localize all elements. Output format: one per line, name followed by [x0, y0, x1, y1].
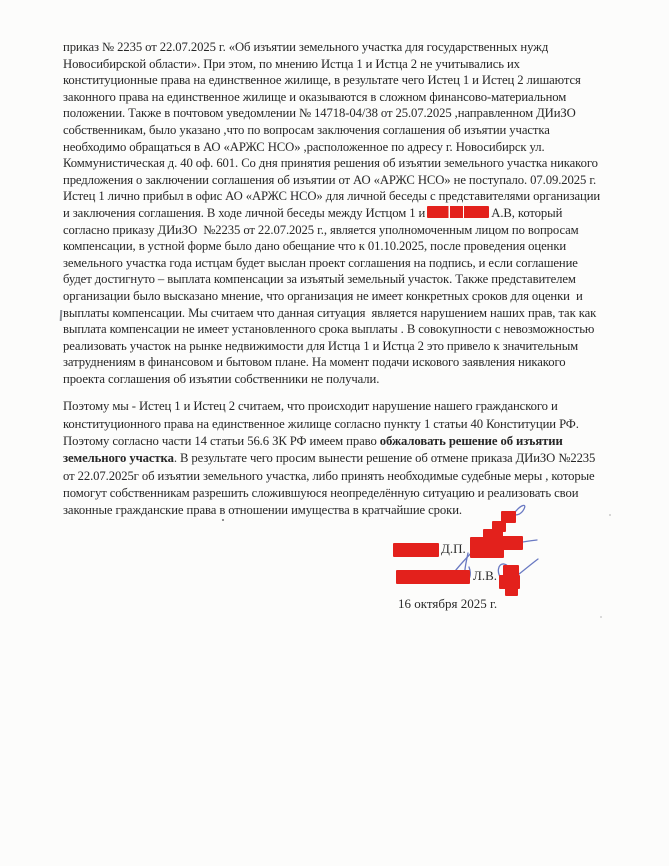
text-segment: организации было высказано мнение, что о…: [63, 289, 583, 303]
text-line: земельного участка года истцам будет выс…: [63, 255, 625, 272]
text-line: Коммунистическая д. 40 оф. 601. Со дня п…: [63, 155, 625, 172]
text-line: компенсации, в устной форме было дано об…: [63, 238, 625, 255]
text-line: согласно приказу ДИиЗО №2235 от 22.07.20…: [63, 222, 625, 239]
text-line: необходимо обращаться в АО «АРЖС НСО» ,р…: [63, 139, 625, 156]
text-segment: Новосибирской области». При этом, по мне…: [63, 57, 520, 71]
signature-redaction: [499, 575, 520, 589]
bold-text-segment: обжаловать решение об изъятии: [380, 434, 563, 448]
text-segment: конституционные права на единственное жи…: [63, 73, 581, 87]
text-line: земельного участка. В результате чего пр…: [63, 450, 625, 467]
text-line: собственникам, было указано ,что по вопр…: [63, 122, 625, 139]
text-segment: предложения о заключении соглашения об и…: [63, 173, 596, 187]
text-segment: приказ № 2235 от 22.07.2025 г. «Об изъят…: [63, 40, 548, 54]
text-line: затруднениям в финансовом и бытовом план…: [63, 354, 625, 371]
text-line: будет достигнуто – выплата компенсации з…: [63, 271, 625, 288]
name-redaction-bar: [393, 543, 439, 557]
text-segment: Поэтому мы - Истец 1 и Истец 2 считаем, …: [63, 399, 558, 413]
signature-date: 16 октября 2025 г.: [398, 596, 497, 612]
text-line: и заключения соглашения. В ходе личной б…: [63, 205, 625, 222]
text-segment: от 22.07.2025г об изъятии земельного уча…: [63, 469, 595, 483]
text-segment: выплаты компенсации. Мы считаем что данн…: [63, 306, 596, 320]
signature-redaction: [470, 537, 504, 558]
text-segment: согласно приказу ДИиЗО №2235 от 22.07.20…: [63, 223, 579, 237]
text-line: организации было высказано мнение, что о…: [63, 288, 625, 305]
signature-block: Д.П. Л.В. 16 октября 2025 г.: [380, 495, 669, 640]
text-segment: А.В, который: [491, 206, 562, 220]
text-segment: собственникам, было указано ,что по вопр…: [63, 123, 550, 137]
body-paragraph-1: приказ № 2235 от 22.07.2025 г. «Об изъят…: [63, 39, 625, 387]
text-segment: и заключения соглашения. В ходе личной б…: [63, 206, 425, 220]
scan-artifact: [609, 514, 611, 516]
text-segment: будет достигнуто – выплата компенсации з…: [63, 272, 576, 286]
text-segment: земельного участка года истцам будет выс…: [63, 256, 578, 270]
scan-artifact: [60, 310, 63, 321]
text-line: конституционного права на единственное ж…: [63, 416, 625, 433]
scan-artifact: [600, 616, 602, 618]
text-segment: компенсации, в устной форме было дано об…: [63, 239, 566, 253]
text-segment: конституционного права на единственное ж…: [63, 417, 579, 431]
text-segment: положении. Также в почтовом уведомлении …: [63, 106, 576, 120]
signatory-initials-2: Л.В.: [473, 568, 497, 584]
text-line: предложения о заключении соглашения об и…: [63, 172, 625, 189]
text-segment: проекта соглашения об изъятии собственни…: [63, 372, 379, 386]
text-line: приказ № 2235 от 22.07.2025 г. «Об изъят…: [63, 39, 625, 56]
text-line: положении. Также в почтовом уведомлении …: [63, 105, 625, 122]
pen-signature-strokes: [380, 495, 669, 640]
name-redaction-bar: [396, 570, 470, 584]
text-segment: Поэтому согласно части 14 статьи 56.6 ЗК…: [63, 434, 380, 448]
text-segment: Истец 1 лично прибыл в офис АО «АРЖС НСО…: [63, 189, 600, 203]
text-line: выплаты компенсации. Мы считаем что данн…: [63, 305, 625, 322]
text-segment: необходимо обращаться в АО «АРЖС НСО» ,р…: [63, 140, 545, 154]
text-segment: реализовать участок на рынке недвижимост…: [63, 339, 578, 353]
signature-redaction: [505, 588, 518, 596]
text-segment: . В результате чего просим вынести решен…: [174, 451, 595, 465]
inline-redaction-block: [427, 206, 489, 218]
text-line: Истец 1 лично прибыл в офис АО «АРЖС НСО…: [63, 188, 625, 205]
text-segment: Коммунистическая д. 40 оф. 601. Со дня п…: [63, 156, 598, 170]
text-line: Поэтому мы - Истец 1 и Истец 2 считаем, …: [63, 398, 625, 415]
text-segment: законного права на единственное жилище и…: [63, 90, 566, 104]
text-segment: затруднениям в финансовом и бытовом план…: [63, 355, 566, 369]
text-line: Новосибирской области». При этом, по мне…: [63, 56, 625, 73]
text-line: проекта соглашения об изъятии собственни…: [63, 371, 625, 388]
scanned-page: приказ № 2235 от 22.07.2025 г. «Об изъят…: [0, 0, 669, 866]
text-line: выплата компенсации не имеет установленн…: [63, 321, 625, 338]
text-segment: выплата компенсации не имеет установленн…: [63, 322, 594, 336]
text-line: конституционные права на единственное жи…: [63, 72, 625, 89]
text-line: законного права на единственное жилище и…: [63, 89, 625, 106]
scan-artifact: [222, 519, 224, 521]
document-body: приказ № 2235 от 22.07.2025 г. «Об изъят…: [63, 39, 625, 520]
text-line: Поэтому согласно части 14 статьи 56.6 ЗК…: [63, 433, 625, 450]
signature-redaction: [501, 536, 523, 550]
text-line: реализовать участок на рынке недвижимост…: [63, 338, 625, 355]
signatory-initials-1: Д.П.: [441, 541, 466, 557]
bold-text-segment: земельного участка: [63, 451, 174, 465]
text-line: от 22.07.2025г об изъятии земельного уча…: [63, 468, 625, 485]
